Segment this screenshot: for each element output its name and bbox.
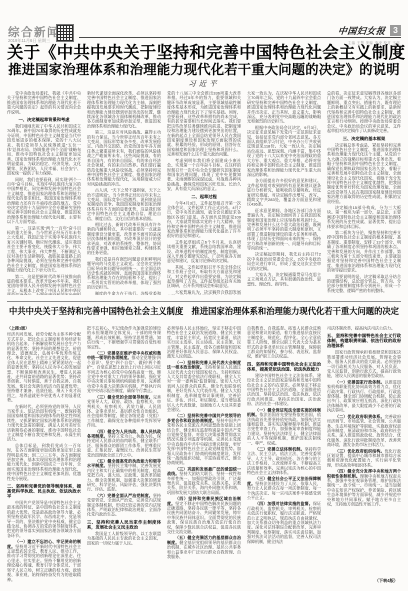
paragraph: 我国是工人阶级领导的、以工农联盟为基础的人民民主专政的社会主义国家，国家的一切权… xyxy=(87,531,161,545)
text-column: 新时代谋划全面深化改革，必须以坚持和完善中国特色社会主义制度、推进国家治理体系和… xyxy=(87,91,161,295)
text-column: 总的看，决定征求意见稿得到各地区各部门各方面一致赞成。大家认为，决定稿主题鲜明、… xyxy=(327,91,401,295)
qr-code-icon xyxy=(57,25,73,41)
paragraph: （六）完善全面从严治党制度。坚持党要管党、全面从严治党，完善党内法规制定体制机制… xyxy=(87,493,161,517)
paragraph: 第二板块为分论，聚焦坚持和完善支撑中国特色社会主义制度的根本制度、基本制度、重要… xyxy=(327,230,401,272)
paragraph: （三）健全党的全面领导制度。完善党领导人大、政府、政协、监察机关、审判机关、检察… xyxy=(87,395,161,428)
article-divider xyxy=(7,301,401,302)
main-headline-line1: 关于《中共中央关于坚持和完善中国特色社会主义制度 xyxy=(7,45,401,62)
section-heading: 三、坚持和完善人民当家作主制度体系，发展社会主义民主政治 xyxy=(87,519,161,529)
paragraph: 根据中央政治局会议决定，9月3日，决定征求意见稿下发党内一定范围征求意见，包括征… xyxy=(247,125,321,177)
editor-credits: 主编 王慧 美编 李凌 校对 王蓓 xyxy=(348,40,400,45)
paragraph: 我们党是具有强烈问题意识和鲜明问题导向的马克思主义政党。全会决定坚持目标导向和问… xyxy=(87,257,161,290)
text-column: 必须坚持人民主体地位，坚定不移走中国特色社会主义政治发展道路，健全民主制度，丰富… xyxy=(167,326,241,582)
paragraph: 古人讲，“天下之势不盛则衰，天下之治不进则退”。当今世界正经历百年未有之大变局，… xyxy=(87,188,161,221)
paragraph: 必须坚持人民主体地位，坚定不移走中国特色社会主义政治发展道路，健全民主制度，丰富… xyxy=(167,326,241,359)
paragraph: （三）优化政府组织结构。优化行政区划设置，提高中心城市和城市群综合承载和资源优化… xyxy=(327,449,401,468)
paragraph: 我们刚刚庆祝了中华人民共和国成立70周年。新中国70年取得的历史性成就充分证明，… xyxy=(7,124,81,176)
section-heading: 二、起草过程 xyxy=(167,194,241,199)
paragraph: 第三，这是应对风险挑战、赢得主动的有力保证。当今世界正经历百年未有之大变局，国际… xyxy=(87,130,161,186)
paragraph: （一）建立不忘初心、牢记使命的制度。坚持用习近平新时代中国特色社会主义思想武装全… xyxy=(7,540,81,582)
section-heading: 四、坚持和完善中国特色社会主义法治体系，提高党依法治国、依法执政能力 xyxy=(247,361,321,371)
paragraph: 受中央政治局委托，我就《中共中央关于坚持和完善中国特色社会主义制度、推进国家治理… xyxy=(7,91,81,115)
text-column: 党的十八届三中全会推出336项重大改革举措。经过5年多的努力，重要领域和关键环节… xyxy=(167,91,241,295)
paragraph: （五）健全充满活力的基层群众自治制度。健全基层党组织领导的基层群众自治机制，在城… xyxy=(167,536,241,560)
paragraph: （一）完善国家行政体制。以推进国家机构职能优化协同高效为着力点，优化行政决策、行… xyxy=(327,380,401,413)
paragraph: 考虑到明年我们将全面建成小康社会、实现第一个百年奋斗目标，在这样的时刻召开一次中… xyxy=(167,158,241,191)
paragraph: 第二，这是把新时代改革开放推向前进的根本要求。改革开放40多年来，我们党团结带领… xyxy=(7,274,81,295)
date-line: 2019年11月6日 星期三 xyxy=(8,38,50,44)
paragraph: （四）健全充分发挥中央和地方两个积极性体制机制。理顺中央和地方权责关系，加强中央… xyxy=(327,469,401,507)
paragraph: （上接1版） xyxy=(7,326,81,331)
text-column: 自我教育、自我监督。拓宽人民群众反映意见和建议的渠道，着力推进基层直接民主制度化… xyxy=(247,326,321,582)
paragraph: （一）坚持和完善人民代表大会制度这一根本政治制度。支持和保证人民通过人民代表大会… xyxy=(167,360,241,412)
paragraph: 党的十八届三中全会推出336项重大改革举措。经过5年多的努力，重要领域和关键环节… xyxy=(167,91,241,157)
paragraph: 司法体制改革，提高执法司法公信力。 xyxy=(327,326,401,331)
paragraph: （三）巩固和发展最广泛的爱国统一战线。坚持大团结大联合，坚持一致性和多样性统一，… xyxy=(167,467,241,495)
paragraph: 自我教育、自我监督。拓宽人民群众反映意见和建议的渠道，着力推进基层直接民主制度化… xyxy=(247,326,321,359)
byline: 习近平 xyxy=(0,79,408,88)
paragraph: 同时，我们也要看到，同实现“两个一百年”奋斗目标、实现中华民族伟大复兴的中国梦相… xyxy=(7,177,81,224)
paragraph: 国家行政管理承担着按照党和国家决策部署推动经济社会发展、管理社会事务、服务人民群… xyxy=(327,350,401,378)
paragraph: （三）健全社会公平正义法治保障制度。坚持法治建设为了人民、依靠人民，努力让人民群… xyxy=(247,477,321,501)
decision-headline: 中共中央关于坚持和完善中国特色社会主义制度 推进国家治理体系和治理能力现代化若干… xyxy=(7,306,401,317)
paragraph: 总的看，决定征求意见稿得到各地区各部门各方面一致赞成。大家认为，决定稿主题鲜明、… xyxy=(327,91,401,133)
paragraph: （二）优化政府职责体系。完善政府经济调节、市场监管、社会管理、公共服务、生态环境… xyxy=(327,414,401,447)
paragraph: 决定稿由15部分构成，分为三大板块。第一板块为第一部分，是总论，主要阐述中国特色… xyxy=(327,205,401,229)
main-headline-line2: 推进国家治理体系和治理能力现代化若干重大问题的决定》的说明 xyxy=(7,62,401,77)
header-rule xyxy=(79,37,401,38)
paragraph: 需要说明的是，决定稿采取总分结合的逻辑结构，总论部分管总、管方向，分论部分按照制… xyxy=(327,274,401,293)
text-column: 司法体制改革，提高执法司法公信力。五、坚持和完善中国特色社会主义行政体制，构建职… xyxy=(327,326,401,582)
section-heading: 二、坚持和完善党的领导制度体系，提高党科学执政、民主执政、依法执政水平 xyxy=(7,484,81,499)
section-heading: 三、决定稿的基本框架 xyxy=(327,136,401,141)
paragraph: 其间，文件起草组召开多次全体会议和工作班子会议，听取有关方面意见和建议，对文件起… xyxy=(167,265,241,289)
section-heading: 一、决定稿起草背景和考虑 xyxy=(7,117,81,122)
paragraph: （四）坚持和完善民族区域自治制度。坚定不移走中国特色解决民族问题的正确道路，坚持… xyxy=(167,497,241,535)
paragraph: （四）加强对法律实施的监督。保证行政机关、监察机关、审判机关、检察机关依法行使职… xyxy=(247,502,321,544)
paragraph: 大家一致认为，在庆祝中华人民共和国成立70周年之际，党的十九届四中全会重点研究坚… xyxy=(247,91,321,124)
paragraph: 大家普遍认为，决定稿符合我国发展实际，顺应时代发展要求和人民群众期盼，必将有力推… xyxy=(167,290,241,295)
text-column: 大家一致认为，在庆祝中华人民共和国成立70周年之际，党的十九届四中全会重点研究坚… xyxy=(247,91,321,295)
paragraph: （二）完善立法体制机制。坚持科学立法、民主立法、依法立法，完善党委领导、人大主导… xyxy=(247,447,321,475)
paragraph: 中国共产党领导是中国特色社会主义最本质的特征，是中国特色社会主义制度的最大优势。… xyxy=(7,501,81,539)
paragraph: 大家认为，决定稿通篇贯穿马克思主义立场观点方法，具有很强的政治性、思想性、理论性… xyxy=(247,273,321,287)
paragraph: （五）健全提高党的执政能力和领导水平制度。坚持民主集中制，完善发展党内民主和实行… xyxy=(87,459,161,492)
paragraph: 第一，这是实现“两个一百年”奋斗目标的重大任务。当今世界正经历百年未有之大变局，… xyxy=(7,226,81,273)
continued-to-page4-mark: （下转4版） xyxy=(375,578,398,584)
paragraph: 相比过去，新时代改革开放具有许多新的内涵和特点，其中很重要的一点就是制度建设分量… xyxy=(87,222,161,255)
text-column: 把不忘初心、牢记使命作为加强党的建设的永恒课题和全体党员、干部的终身课题，形成长… xyxy=(87,326,161,582)
paragraph: 建设中国特色社会主义法治体系、建设社会主义法治国家是坚持和发展中国特色社会主义的… xyxy=(247,373,321,406)
paragraph: （二）坚持和完善中国共产党领导的多党合作和政治协商制度。坚持中国共产党和各民主党… xyxy=(167,414,241,466)
newspaper-page: 综合新闻 2019年11月6日 星期三 中国妇女报 3 主编 王慧 美编 李凌 … xyxy=(0,0,408,591)
paragraph: 各方面提出许多很好的意见和建议。文件起草组对收到的所有意见和建议逐条进行分析研究… xyxy=(247,179,321,207)
paragraph: （一）健全保证宪法全面实施的体制机制。依法治国首先要坚持依宪治国，依法执政首先要… xyxy=(247,408,321,446)
paragraph: 今年4月3日，文件起草组召开第一次全体会议，文件起草工作正式启动。4月7日，党中… xyxy=(167,201,241,239)
paragraph: 把不忘初心、牢记使命作为加强党的建设的永恒课题和全体党员、干部的终身课题，形成长… xyxy=(87,326,161,350)
paragraph: 经济共同发展、按劳分配为主体多种分配方式并存，把社会主义制度和市场经济有机结合起… xyxy=(7,332,81,403)
text-column: （上接1版）经济共同发展、按劳分配为主体多种分配方式并存，把社会主义制度和市场经… xyxy=(7,326,81,582)
text-column: 受中央政治局委托，我就《中共中央关于坚持和完善中国特色社会主义制度、推进国家治理… xyxy=(7,91,81,295)
paragraph: 文件起草组成立6个多月来，认真研读相关重要文献，系统总结我国革命、建设、改革进程… xyxy=(167,240,241,264)
paragraph: 新时代谋划全面深化改革，必须以坚持和完善中国特色社会主义制度、推进国家治理体系和… xyxy=(87,91,161,129)
paragraph: 总体目标是，到我们党成立一百年时，在各方面制度更加成熟更加定型上取得明显成效；到… xyxy=(7,443,81,481)
paragraph: 决定稿总体考虑是，紧扣坚持和完善中国特色社会主义制度、推进国家治理体系和治理能力… xyxy=(327,143,401,204)
paragraph: 征求意见期间，各地区各部门各方面普遍认为，决定稿全面回答了在我国国家制度和国家治… xyxy=(247,208,321,250)
paragraph: （二）完善坚定维护党中央权威和集中统一领导的各项制度。推动全党增强“四个意识”、… xyxy=(87,351,161,393)
page-number-badge: 3 xyxy=(390,25,401,36)
paragraph: 制度的生命力在于执行。各级党委和政府以及各级领导干部要切实强化制度意识，带头维护… xyxy=(87,291,161,295)
section-heading: 五、坚持和完善中国特色社会主义行政体制，构建职责明确、依法行政的政府治理体系 xyxy=(327,333,401,348)
paragraph: （四）健全为人民执政、靠人民执政各项制度。坚持立党为公、执政为民，保持党同人民群… xyxy=(87,429,161,457)
masthead: 中国妇女报 3 xyxy=(338,24,401,36)
paragraph: 决定稿起草期间，我先后主持召开2次中央政治局常委会会议、2次中央政治局会议进行审… xyxy=(247,252,321,271)
page-header: 综合新闻 2019年11月6日 星期三 中国妇女报 3 主编 王慧 美编 李凌 … xyxy=(7,24,401,46)
paragraph: 在新时代，必须坚持党的领导、人民当家作主、依法治国有机统一，既保持我国国家制度和… xyxy=(7,404,81,442)
newspaper-name: 中国妇女报 xyxy=(338,24,387,37)
explanation-article-body: 受中央政治局委托，我就《中共中央关于坚持和完善中国特色社会主义制度、推进国家治理… xyxy=(7,91,401,295)
decision-article-body: （上接1版）经济共同发展、按劳分配为主体多种分配方式并存，把社会主义制度和市场经… xyxy=(7,326,401,582)
